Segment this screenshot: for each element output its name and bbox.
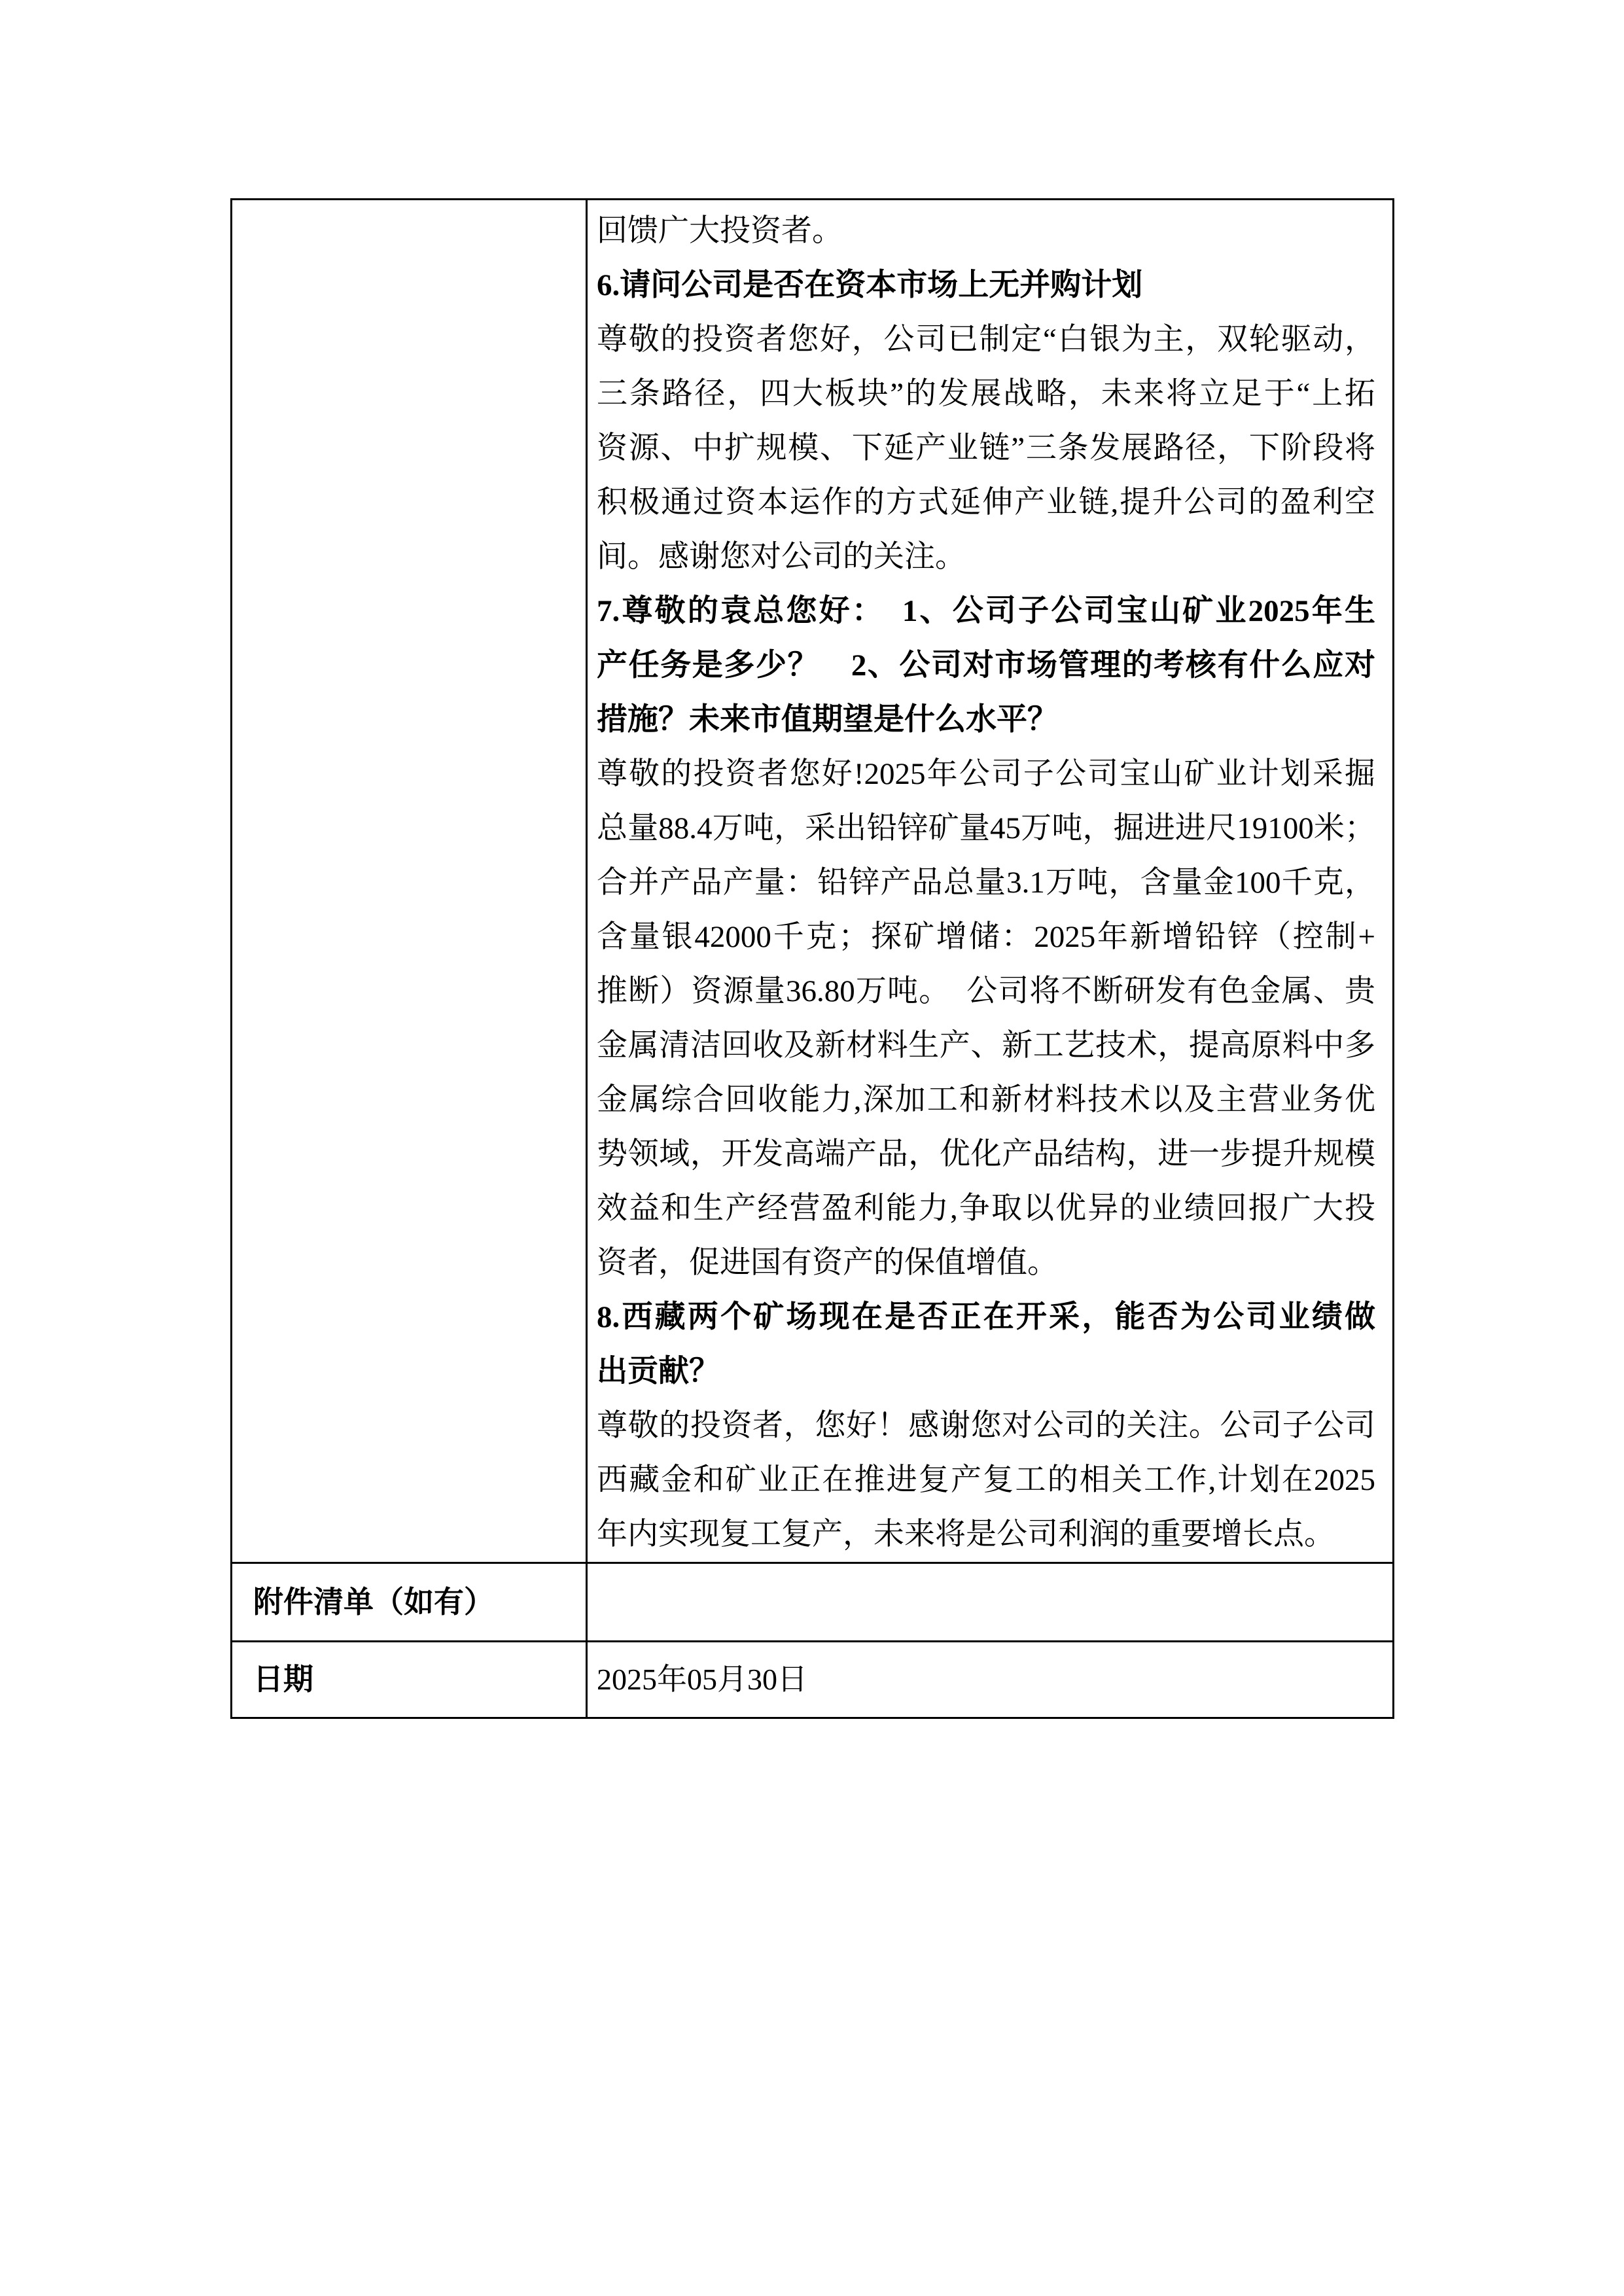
document-page: 回馈广大投资者。6.请问公司是否在资本市场上无并购计划尊敬的投资者您好，公司已制… bbox=[0, 0, 1624, 2296]
content-row-empty-label-cell bbox=[232, 200, 587, 1563]
qa-content-blocks: 回馈广大投资者。6.请问公司是否在资本市场上无并购计划尊敬的投资者您好，公司已制… bbox=[597, 204, 1375, 1562]
text-line: 措施？未来市值期望是什么水平？ bbox=[597, 693, 1375, 747]
text-line: 年内实现复工复产，未来将是公司利润的重要增长点。 bbox=[597, 1508, 1375, 1562]
date-value: 2025年05月30日 bbox=[587, 1642, 1394, 1718]
text-line: 金属综合回收能力,深加工和新材料技术以及主营业务优 bbox=[597, 1073, 1375, 1127]
date-label: 日期 bbox=[232, 1642, 587, 1718]
text-line: 资者，促进国有资产的保值增值。 bbox=[597, 1236, 1375, 1290]
text-line: 7.尊敬的袁总您好： 1、公司子公司宝山矿业2025年生 bbox=[597, 584, 1375, 639]
text-line: 推断）资源量36.80万吨。 公司将不断研发有色金属、贵 bbox=[597, 964, 1375, 1019]
text-line: 6.请问公司是否在资本市场上无并购计划 bbox=[597, 258, 1375, 313]
attachment-row: 附件清单（如有） bbox=[232, 1563, 1394, 1642]
attachment-list-value bbox=[587, 1563, 1394, 1642]
text-line: 尊敬的投资者您好!2025年公司子公司宝山矿业计划采掘 bbox=[597, 747, 1375, 802]
date-row: 日期 2025年05月30日 bbox=[232, 1642, 1394, 1718]
text-line: 积极通过资本运作的方式延伸产业链,提升公司的盈利空 bbox=[597, 476, 1375, 530]
text-line: 出贡献？ bbox=[597, 1345, 1375, 1399]
text-line: 总量88.4万吨，采出铅锌矿量45万吨，掘进进尺19100米； bbox=[597, 802, 1375, 856]
text-line: 回馈广大投资者。 bbox=[597, 204, 1375, 258]
text-line: 8.西藏两个矿场现在是否正在开采，能否为公司业绩做 bbox=[597, 1290, 1375, 1345]
question-heading: 7.尊敬的袁总您好： 1、公司子公司宝山矿业2025年生产任务是多少？ 2、公司… bbox=[597, 584, 1375, 747]
text-line: 势领域，开发高端产品，优化产品结构，进一步提升规模 bbox=[597, 1127, 1375, 1182]
text-line: 资源、中扩规模、下延产业链”三条发展路径，下阶段将 bbox=[597, 421, 1375, 476]
content-row: 回馈广大投资者。6.请问公司是否在资本市场上无并购计划尊敬的投资者您好，公司已制… bbox=[232, 200, 1394, 1563]
text-line: 效益和生产经营盈利能力,争取以优异的业绩回报广大投 bbox=[597, 1182, 1375, 1236]
qa-content-cell: 回馈广大投资者。6.请问公司是否在资本市场上无并购计划尊敬的投资者您好，公司已制… bbox=[587, 200, 1394, 1563]
answer-paragraph: 尊敬的投资者您好，公司已制定“白银为主，双轮驱动，三条路径，四大板块”的发展战略… bbox=[597, 313, 1375, 584]
text-line: 尊敬的投资者，您好！感谢您对公司的关注。公司子公司 bbox=[597, 1399, 1375, 1453]
text-line: 合并产品产量：铅锌产品总量3.1万吨，含量金100千克， bbox=[597, 856, 1375, 910]
answer-paragraph: 回馈广大投资者。 bbox=[597, 204, 1375, 258]
text-line: 三条路径，四大板块”的发展战略，未来将立足于“上拓 bbox=[597, 367, 1375, 421]
answer-paragraph: 尊敬的投资者，您好！感谢您对公司的关注。公司子公司西藏金和矿业正在推进复产复工的… bbox=[597, 1399, 1375, 1562]
question-heading: 6.请问公司是否在资本市场上无并购计划 bbox=[597, 258, 1375, 313]
qa-table: 回馈广大投资者。6.请问公司是否在资本市场上无并购计划尊敬的投资者您好，公司已制… bbox=[230, 198, 1394, 1719]
attachment-list-label: 附件清单（如有） bbox=[232, 1563, 587, 1642]
text-line: 间。感谢您对公司的关注。 bbox=[597, 530, 1375, 584]
text-line: 尊敬的投资者您好，公司已制定“白银为主，双轮驱动， bbox=[597, 313, 1375, 367]
text-line: 西藏金和矿业正在推进复产复工的相关工作,计划在2025 bbox=[597, 1453, 1375, 1508]
text-line: 产任务是多少？ 2、公司对市场管理的考核有什么应对 bbox=[597, 639, 1375, 693]
text-line: 金属清洁回收及新材料生产、新工艺技术，提高原料中多 bbox=[597, 1019, 1375, 1073]
text-line: 含量银42000千克；探矿增储：2025年新增铅锌（控制+ bbox=[597, 910, 1375, 964]
question-heading: 8.西藏两个矿场现在是否正在开采，能否为公司业绩做出贡献？ bbox=[597, 1290, 1375, 1399]
answer-paragraph: 尊敬的投资者您好!2025年公司子公司宝山矿业计划采掘总量88.4万吨，采出铅锌… bbox=[597, 747, 1375, 1290]
